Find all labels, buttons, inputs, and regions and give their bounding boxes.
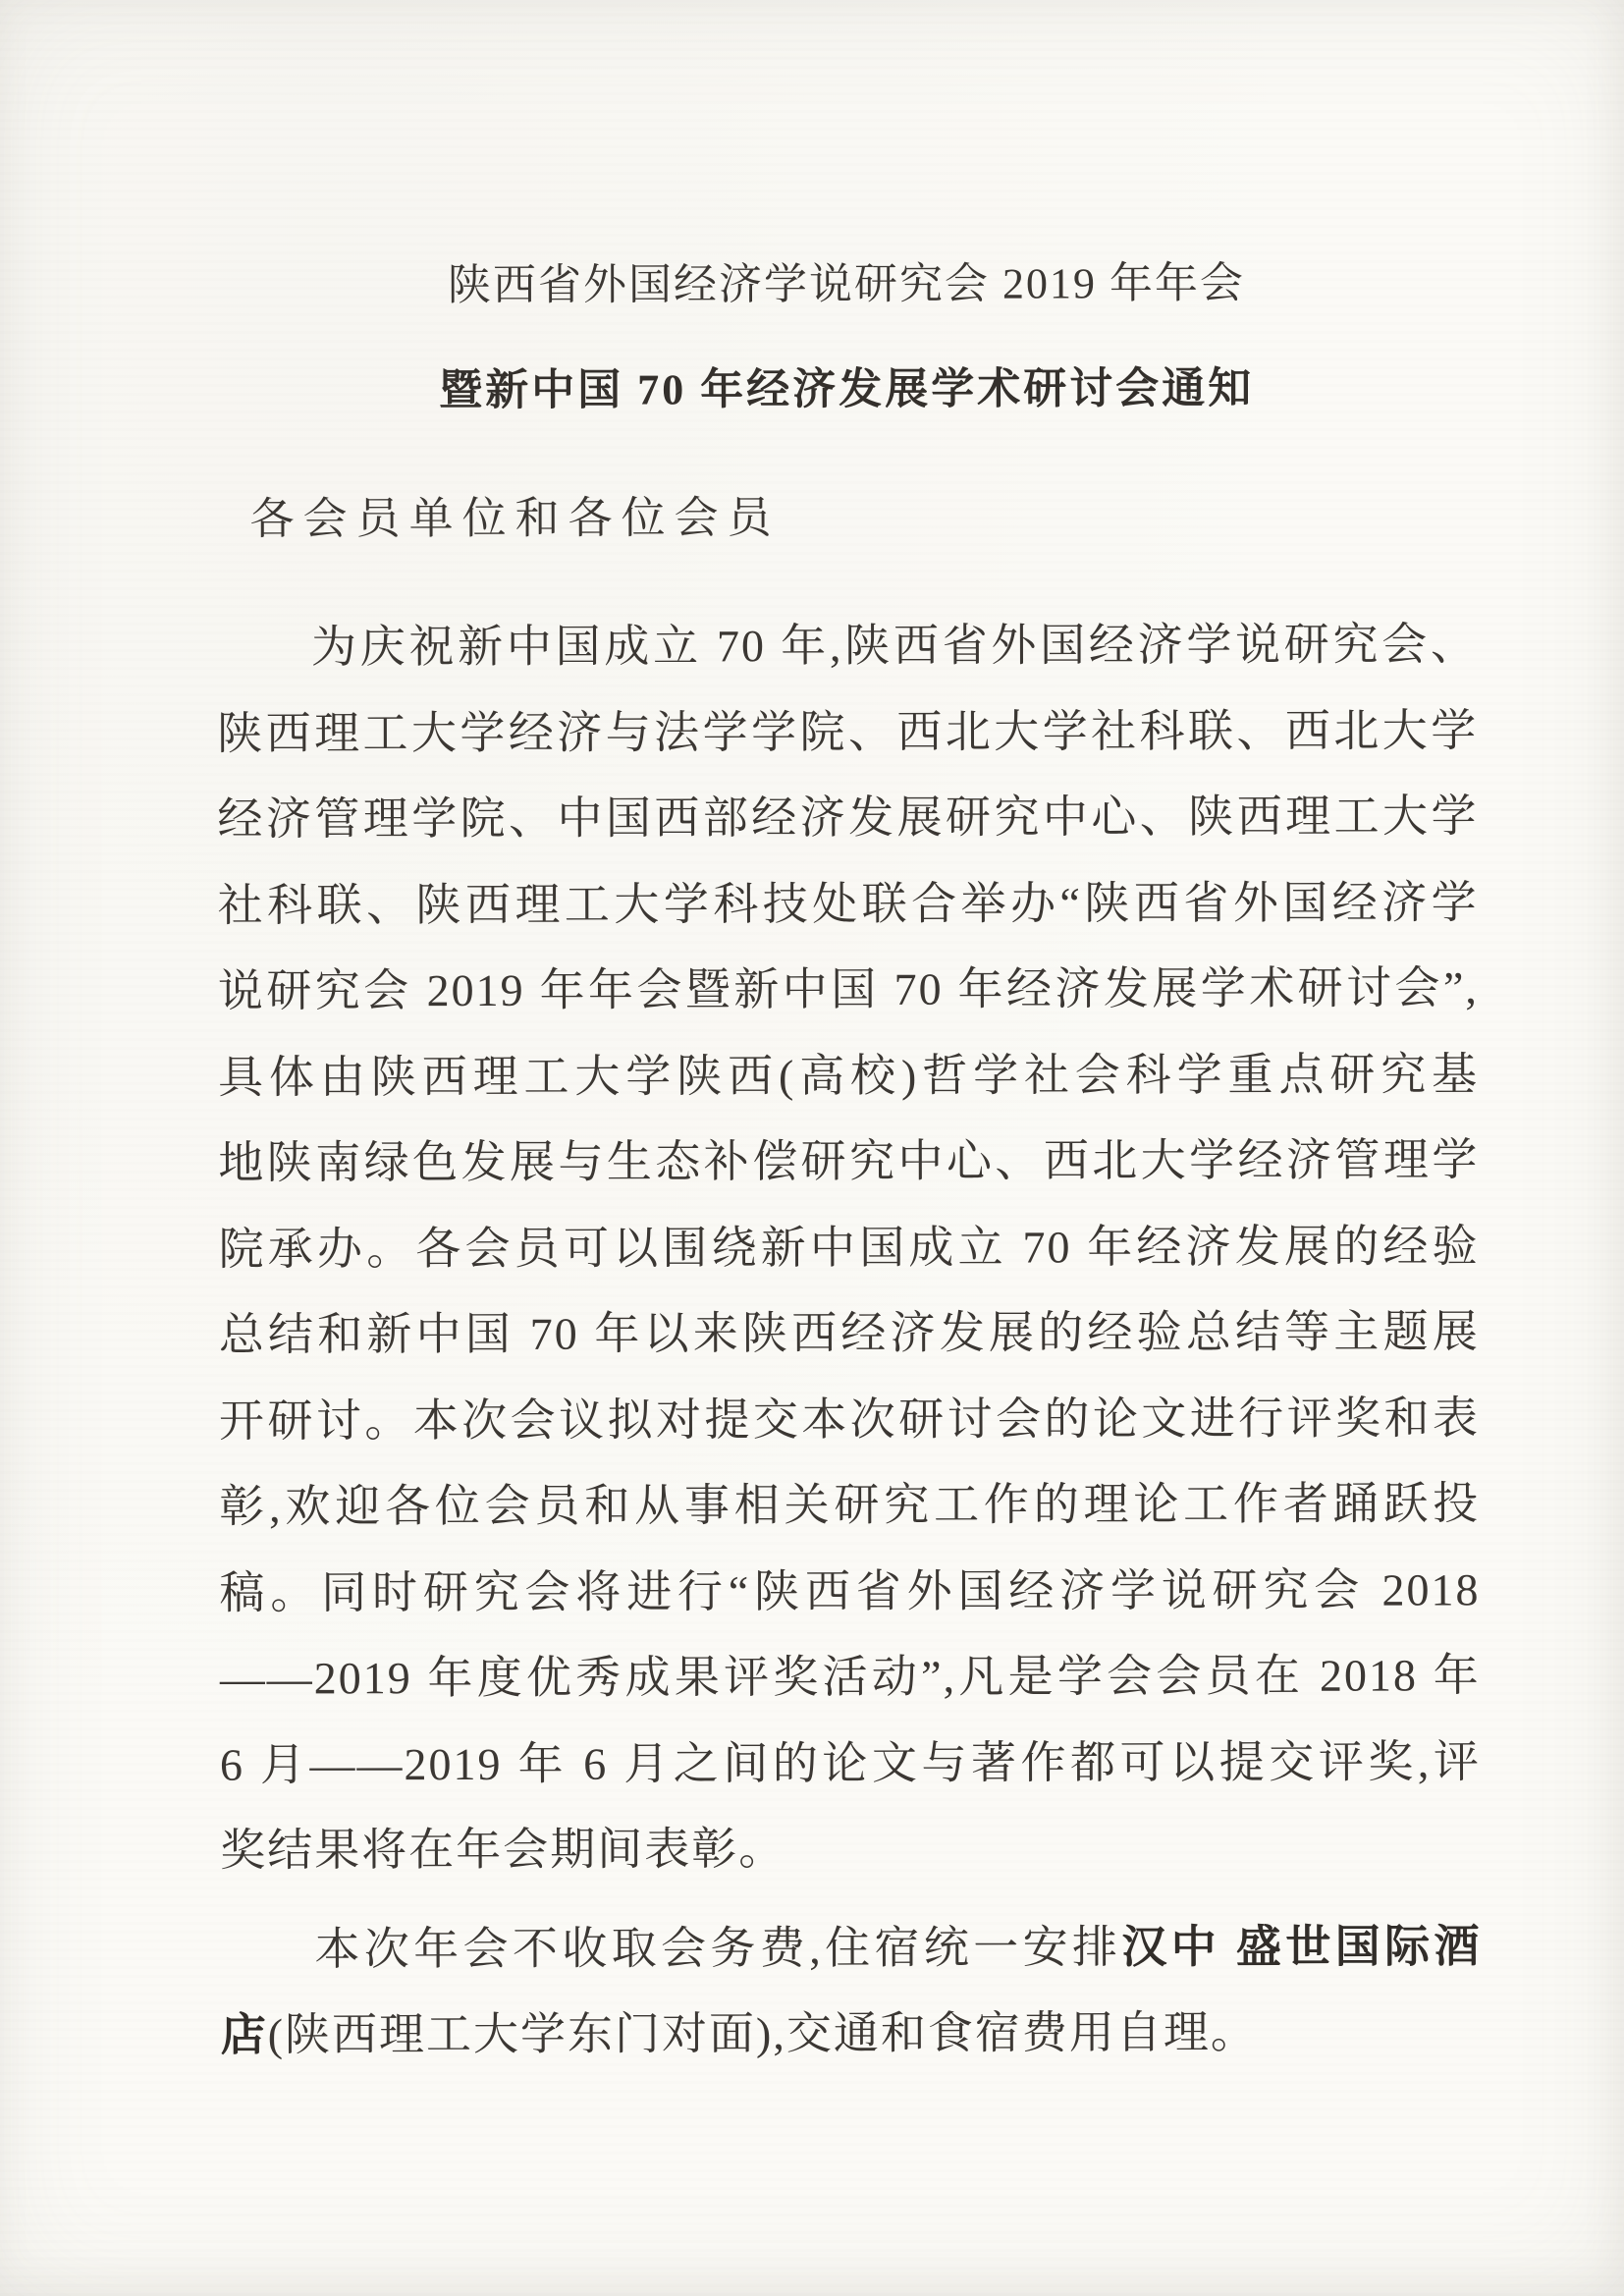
text-line: 说研究会 2019 年年会暨新中国 70 年经济发展学术研讨会”, [218,945,1479,1034]
text-line: 本次年会不收取会务费,住宿统一安排汉中 盛世国际酒 [220,1903,1481,1993]
text-segment: 本次年会不收取会务费,住宿统一安排 [314,1922,1121,1974]
notice-title-line1: 陕西省外国经济学说研究会 2019 年年会 [216,261,1477,307]
text-segment: 奖结果将在年会期间表彰。 [220,1824,785,1876]
text-line: 彰,欢迎各位会员和从事相关研究工作的理论工作者踊跃投 [219,1460,1480,1550]
text-segment: 彰,欢迎各位会员和从事相关研究工作的理论工作者踊跃投 [219,1478,1480,1531]
text-segment: 具体由陕西理工大学陕西(高校)哲学社会科学重点研究基 [218,1049,1479,1102]
text-segment: 开研讨。本次会议拟对提交本次研讨会的论文进行评奖和表 [219,1393,1480,1446]
text-line: 地陕南绿色发展与生态补偿研究中心、西北大学经济管理学 [218,1117,1479,1206]
document-content: 陕西省外国经济学说研究会 2019 年年会 暨新中国 70 年经济发展学术研讨会… [215,0,1482,2078]
text-segment: 社科联、陕西理工大学科技处联合举办“陕西省外国经济学 [218,877,1479,930]
bold-text-segment: 店 [221,2010,268,2060]
text-line: 为庆祝新中国成立 70 年,陕西省外国经济学说研究会、 [217,601,1478,690]
text-line: 经济管理学院、中国西部经济发展研究中心、陕西理工大学 [217,773,1478,862]
text-segment: 说研究会 2019 年年会暨新中国 70 年经济发展学术研讨会”, [218,962,1479,1015]
text-line: 店(陕西理工大学东门对面),交通和食宿费用自理。 [221,1989,1482,2078]
body-paragraph-1: 为庆祝新中国成立 70 年,陕西省外国经济学说研究会、陕西理工大学经济与法学学院… [217,601,1481,1893]
text-line: 陕西理工大学经济与法学学院、西北大学社科联、西北大学 [217,687,1478,777]
text-segment: 为庆祝新中国成立 70 年,陕西省外国经济学说研究会、 [311,619,1478,672]
scanned-notice-page: 陕西省外国经济学说研究会 2019 年年会 暨新中国 70 年经济发展学术研讨会… [0,0,1624,2296]
bold-text-segment: 汉中 盛世国际酒 [1121,1921,1481,1972]
text-line: 社科联、陕西理工大学科技处联合举办“陕西省外国经济学 [218,859,1479,949]
notice-title-line2: 暨新中国 70 年经济发展学术研讨会通知 [216,366,1477,412]
text-line: ——2019 年度优秀成果评奖活动”,凡是学会会员在 2018 年 [220,1632,1481,1722]
text-line: 开研讨。本次会议拟对提交本次研讨会的论文进行评奖和表 [219,1375,1480,1464]
text-segment: ——2019 年度优秀成果评奖活动”,凡是学会会员在 2018 年 [220,1650,1481,1703]
text-segment: 经济管理学院、中国西部经济发展研究中心、陕西理工大学 [217,791,1478,844]
text-segment: 陕西理工大学经济与法学学院、西北大学社科联、西北大学 [217,705,1478,758]
text-segment: (陕西理工大学东门对面),交通和食宿费用自理。 [268,2007,1258,2060]
text-line: 具体由陕西理工大学陕西(高校)哲学社会科学重点研究基 [218,1031,1479,1121]
text-segment: 院承办。各会员可以围绕新中国成立 70 年经济发展的经验 [218,1221,1479,1274]
text-segment: 地陕南绿色发展与生态补偿研究中心、西北大学经济管理学 [218,1134,1479,1187]
text-segment: 6 月——2019 年 6 月之间的论文与著作都可以提交评奖,评 [220,1736,1481,1789]
text-line: 6 月——2019 年 6 月之间的论文与著作都可以提交评奖,评 [220,1719,1481,1808]
text-segment: 稿。同时研究会将进行“陕西省外国经济学说研究会 2018 [219,1564,1480,1617]
salutation: 各会员单位和各位会员 [217,494,1478,541]
text-line: 院承办。各会员可以围绕新中国成立 70 年经济发展的经验 [218,1203,1479,1292]
text-line: 奖结果将在年会期间表彰。 [220,1804,1481,1893]
text-segment: 总结和新中国 70 年以来陕西经济发展的经验总结等主题展 [219,1306,1480,1359]
text-line: 稿。同时研究会将进行“陕西省外国经济学说研究会 2018 [219,1547,1480,1636]
body-paragraph-2: 本次年会不收取会务费,住宿统一安排汉中 盛世国际酒店(陕西理工大学东门对面),交… [220,1903,1481,2078]
text-line: 总结和新中国 70 年以来陕西经济发展的经验总结等主题展 [219,1288,1480,1378]
